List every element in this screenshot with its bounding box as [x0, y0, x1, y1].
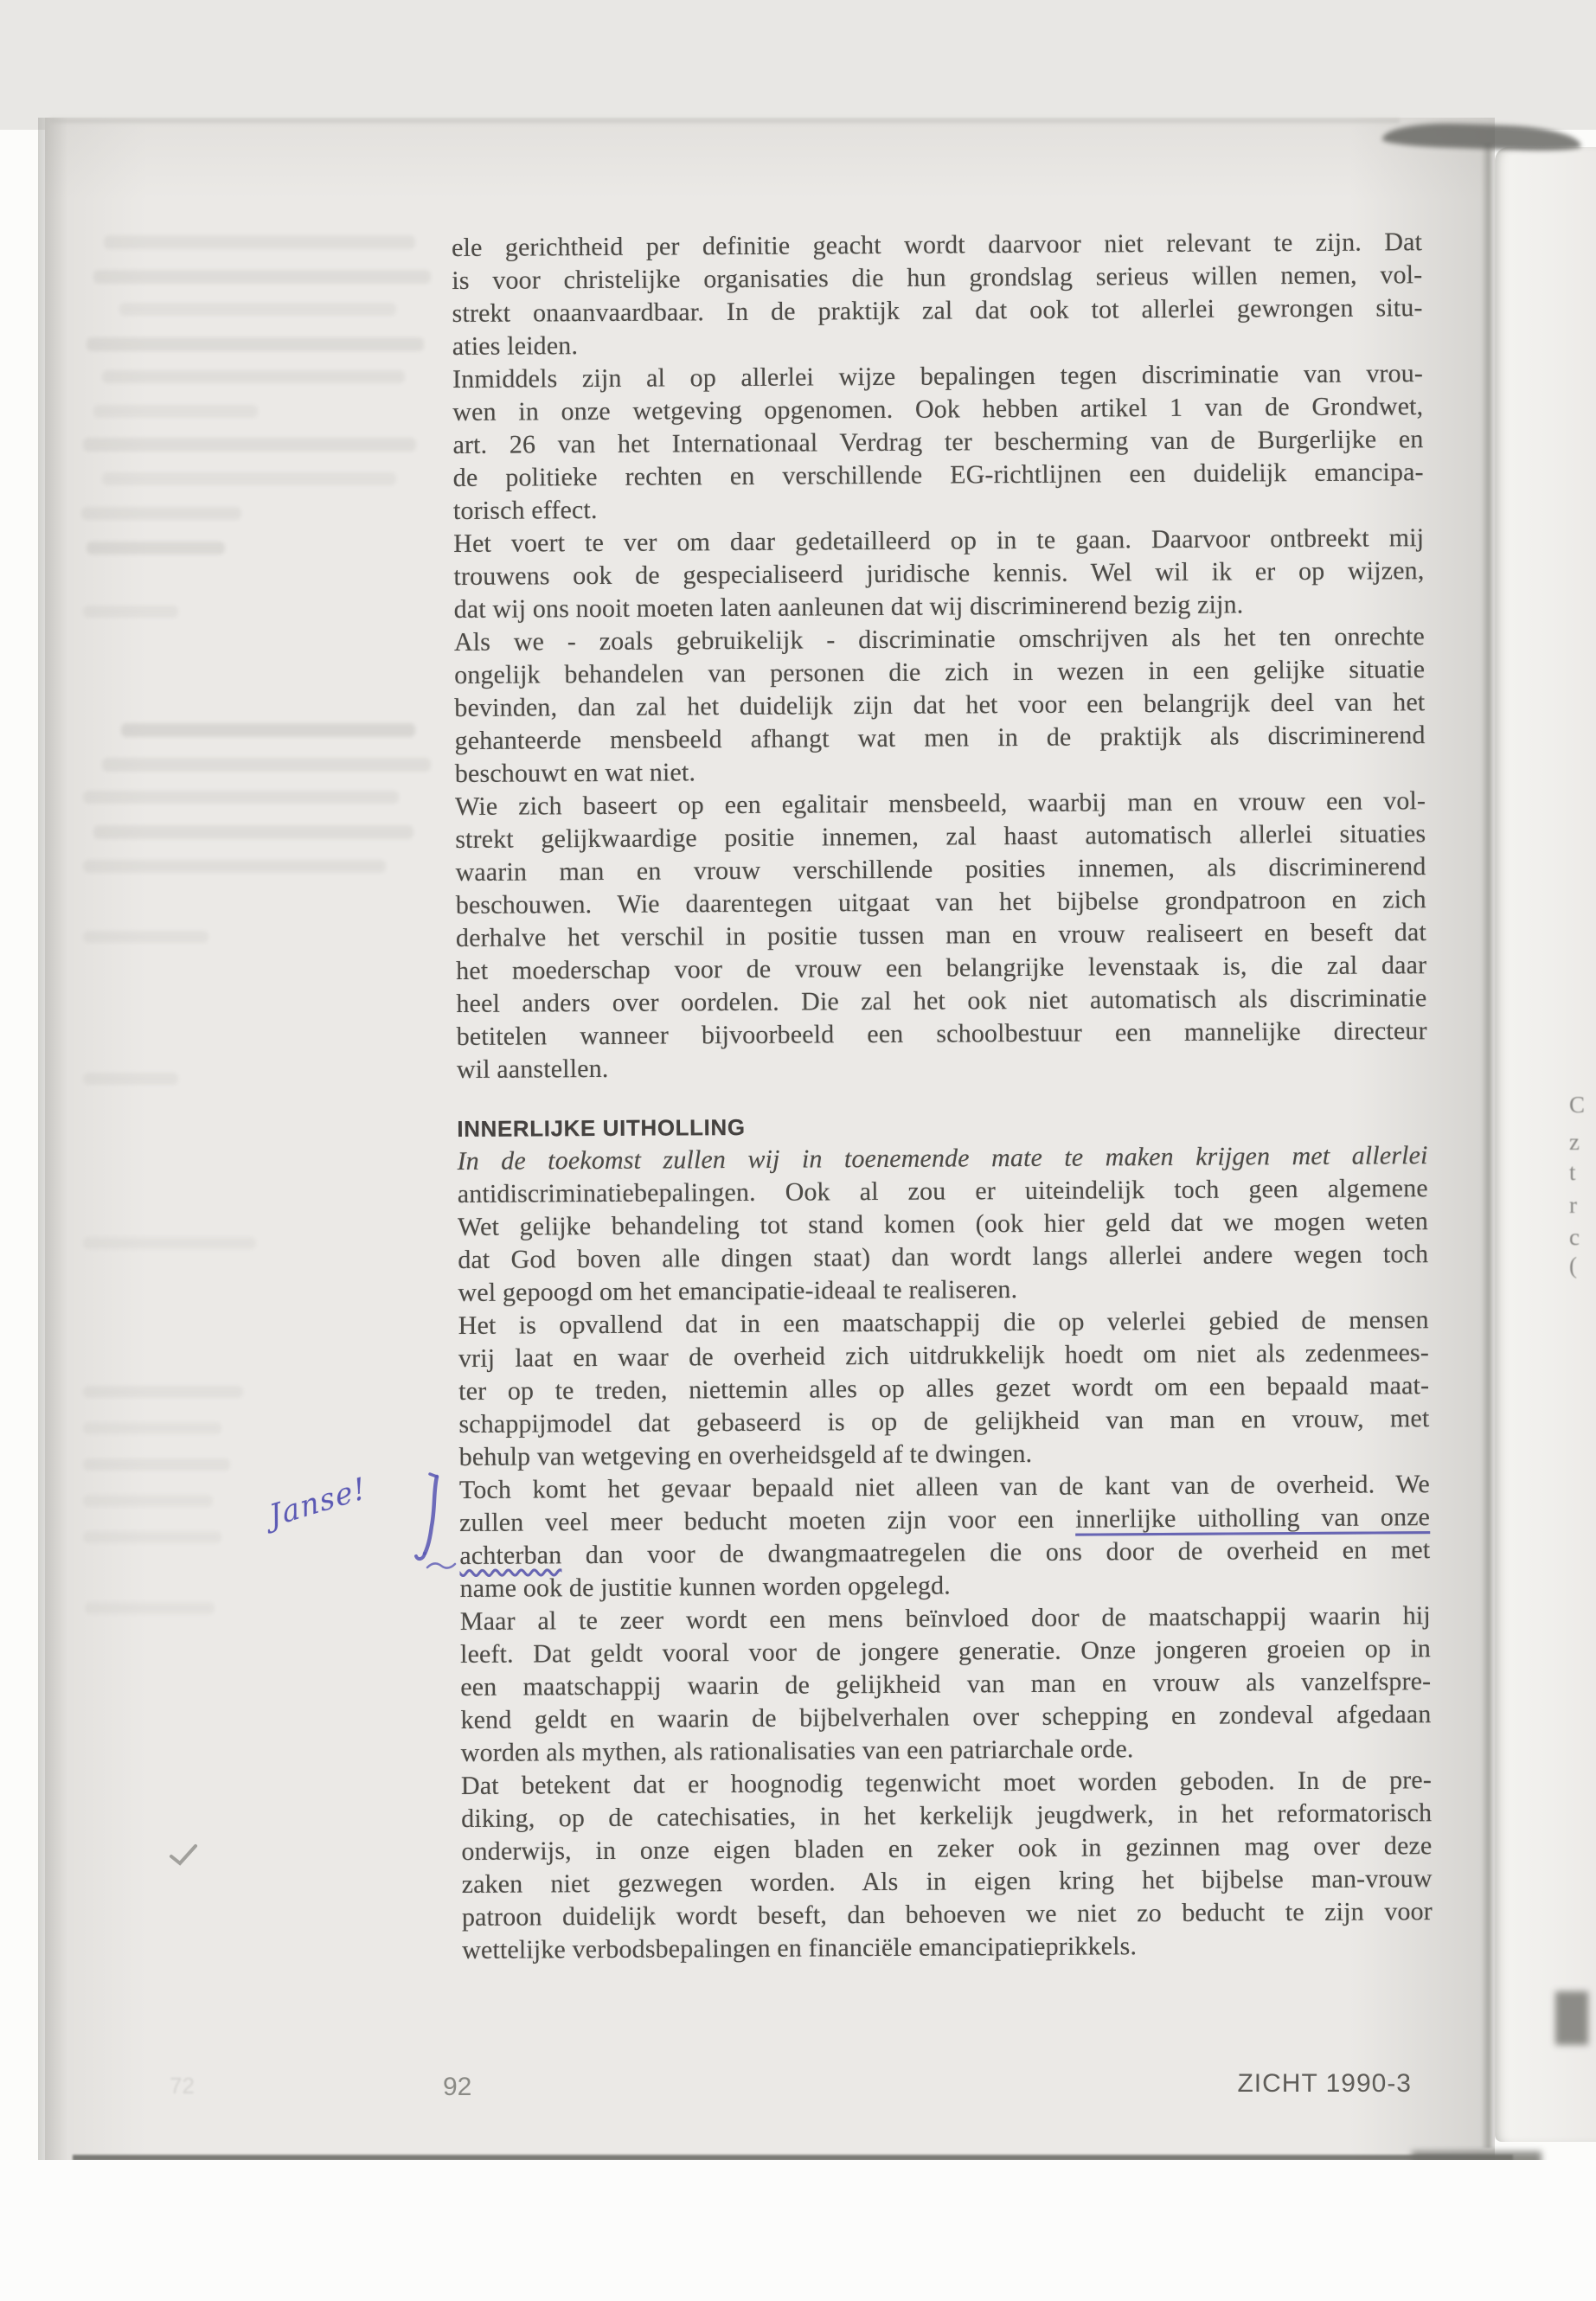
scan-background-bottom — [0, 2160, 1596, 2301]
page-left-shadow — [38, 118, 67, 2161]
bleed-through-artifact — [102, 472, 396, 485]
paragraph: Als we - zoals gebruikelijk - discrimina… — [454, 620, 1426, 791]
bleed-through-artifact — [81, 507, 241, 520]
bleed-through-artifact — [83, 791, 399, 804]
bleed-through-artifact — [85, 1602, 215, 1614]
edge-glyph: ( — [1569, 1253, 1596, 1279]
text-line: strekt onaanvaardbaar. In de praktijk za… — [452, 292, 1422, 330]
page-crease — [1481, 143, 1495, 2148]
text-line: gehanteerde mensbeeld afhangt wat men in… — [454, 719, 1425, 758]
bleed-through-artifact — [83, 931, 208, 943]
bleed-through-artifact — [87, 337, 424, 351]
text-line: wil aanstellen. — [457, 1048, 1427, 1086]
text-line: trouwens ook de gespecialiseerd juridisc… — [453, 554, 1424, 593]
bleed-through-artifact — [83, 1073, 178, 1085]
edge-glyph: z — [1569, 1129, 1596, 1156]
paragraph: ele gerichtheid per definitie geacht wor… — [452, 226, 1423, 363]
bleed-through-artifact — [83, 1237, 256, 1249]
bleed-through-artifact — [83, 1531, 221, 1543]
scan-smudge — [1555, 1991, 1588, 2045]
page-number: 92 — [443, 2073, 471, 2102]
bleed-through-artifact — [93, 405, 258, 418]
text-line: betitelen wanneer bijvoorbeeld een schoo… — [457, 1015, 1427, 1054]
bleed-through-artifact — [87, 542, 225, 554]
paragraph: In de toekomst zullen wij in toenemende … — [457, 1139, 1428, 1310]
text-line: patroon duidelijk wordt beseft, dan beho… — [462, 1895, 1433, 1934]
margin-check-mark — [166, 1841, 204, 1868]
bleed-through-artifact — [83, 1458, 230, 1471]
article-text-column: ele gerichtheid per definitie geacht wor… — [452, 226, 1433, 1967]
bleed-through-artifact — [83, 1495, 213, 1507]
paragraph: Het is opvallend dat in een maatschappij… — [458, 1304, 1430, 1474]
edge-glyph: c — [1569, 1224, 1596, 1251]
paragraph: Dat betekent dat er hoognodig tegenwicht… — [461, 1764, 1433, 1967]
pen-bracket-mark — [413, 1471, 450, 1567]
bleed-through-artifact — [119, 303, 396, 316]
bleed-through-artifact — [83, 606, 178, 618]
text-line: kend geldt en waarin de bijbelverhalen o… — [460, 1698, 1431, 1737]
bleed-through-page-number: 72 — [170, 2073, 195, 2099]
scan-background-top — [0, 0, 1596, 130]
bleed-through-artifact — [104, 235, 415, 249]
paragraph: Inmiddels zijn al op allerlei wijze bepa… — [452, 357, 1424, 528]
paragraph: Het voert te ver om daar gedetailleerd o… — [453, 522, 1425, 626]
bleed-through-artifact — [83, 1386, 243, 1398]
paragraph: Toch komt het gevaar bepaald niet alleen… — [459, 1468, 1431, 1606]
paragraph: Maar al te zeer wordt een mens beïnvloed… — [460, 1599, 1432, 1770]
bleed-through-artifact — [93, 825, 413, 839]
text-line: de politieke rechten en verschillende EG… — [453, 456, 1424, 495]
bleed-through-artifact — [83, 438, 416, 452]
edge-glyph: t — [1569, 1159, 1596, 1186]
pen-underlined-word: achterban — [459, 1541, 561, 1570]
pen-underlined-phrase: innerlijke uitholling van onze — [1075, 1503, 1430, 1534]
bleed-through-artifact — [83, 860, 386, 873]
page-top-edge — [50, 119, 1400, 123]
pen-underline-flourish — [426, 1559, 457, 1571]
paragraph: Wie zich baseert op een egalitair mensbe… — [455, 785, 1427, 1086]
bleed-through-artifact — [83, 1422, 221, 1434]
text-line: wettelijke verbodsbepalingen en financië… — [462, 1928, 1433, 1967]
text-line: schappijmodel dat gebaseerd is op de gel… — [458, 1402, 1429, 1441]
bleed-through-artifact — [102, 758, 431, 772]
text-line: dat God boven alle dingen staat) dan wor… — [458, 1238, 1428, 1277]
journal-issue-label: ZICHT 1990-3 — [1159, 2069, 1412, 2099]
edge-glyph: r — [1569, 1192, 1596, 1219]
edge-glyph: C — [1569, 1092, 1596, 1118]
bleed-through-artifact — [102, 370, 405, 383]
text-line: achterban dan voor de dwangmaatregelen d… — [459, 1534, 1430, 1573]
bleed-through-artifact — [93, 270, 431, 284]
bleed-through-artifact — [121, 723, 415, 737]
